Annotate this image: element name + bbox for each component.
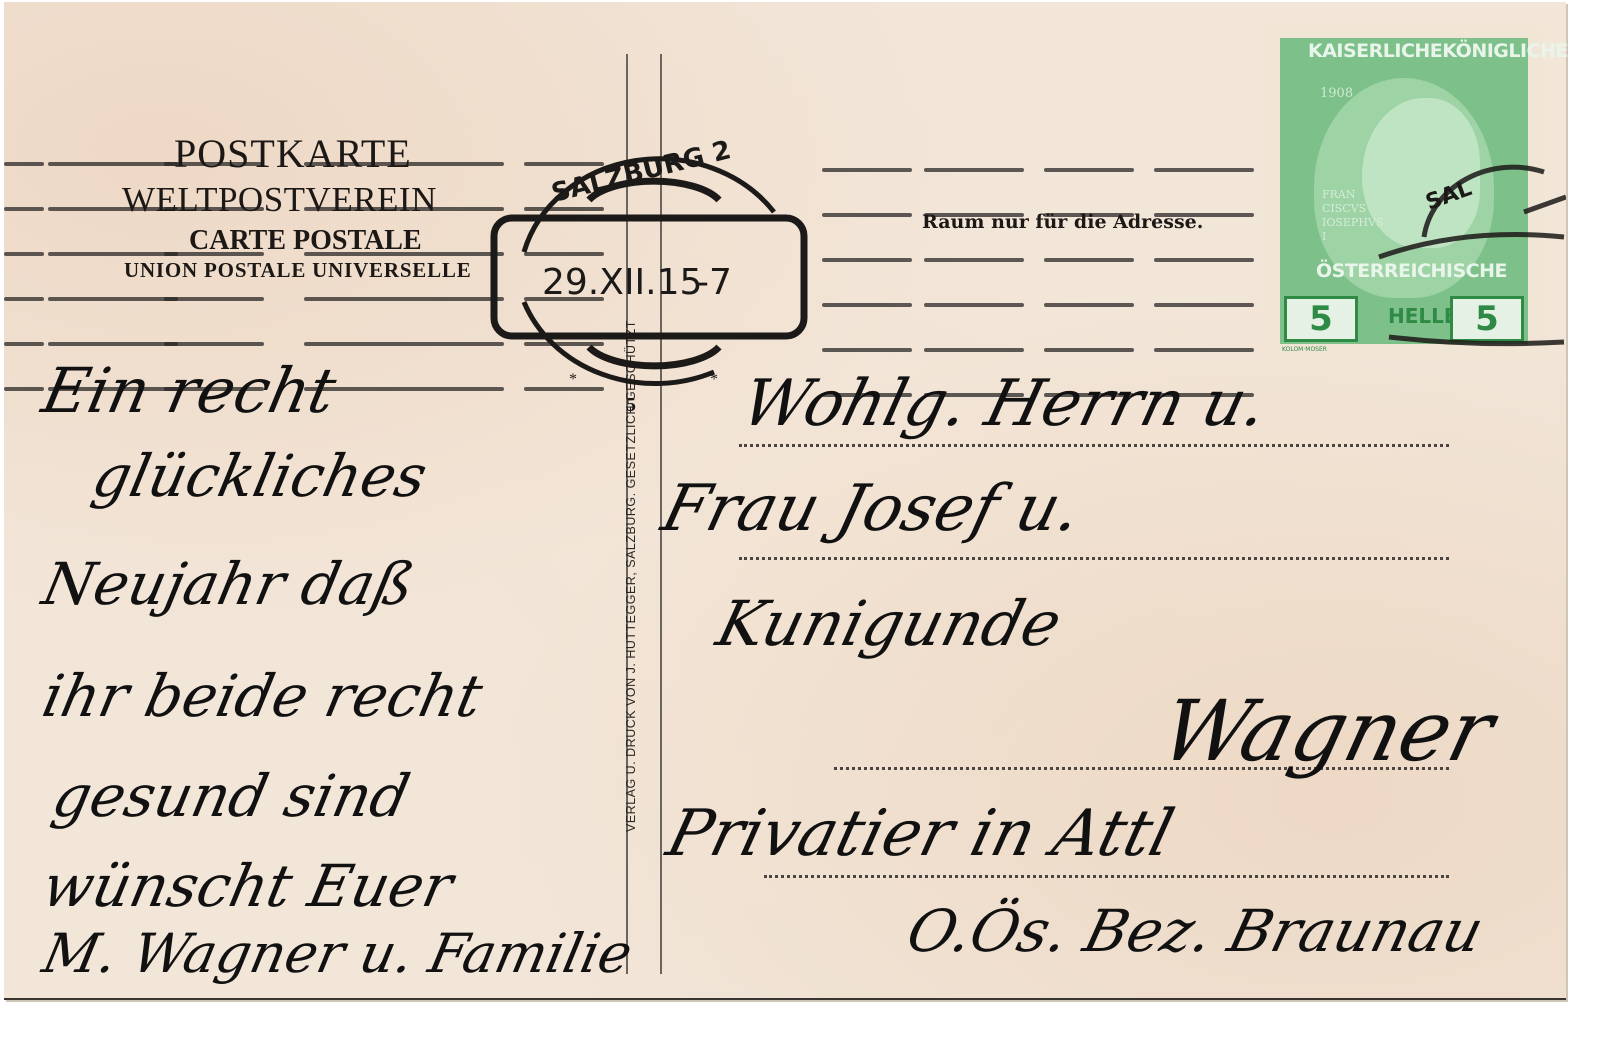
address-line-text: Wagner <box>1152 682 1503 780</box>
address-line-text: Frau Josef u. <box>655 472 1089 546</box>
postcard-back: POSTKARTE WELTPOSTVEREIN CARTE POSTALE U… <box>4 2 1566 1000</box>
message-line: glückliches <box>87 442 433 510</box>
message-line: M. Wagner u. Familie <box>37 922 637 985</box>
svg-text:*: * <box>710 371 718 388</box>
svg-text:*: * <box>569 371 577 388</box>
svg-text:SAL: SAL <box>1423 176 1476 216</box>
message-line: Ein recht <box>36 354 342 427</box>
address-line-text: Kunigunde <box>710 587 1069 660</box>
message-line: gesund sind <box>47 762 416 830</box>
message-line: ihr beide recht <box>37 662 489 730</box>
postmark-date: 29.XII.15 <box>542 262 702 303</box>
message-line: wünscht Euer <box>37 852 459 920</box>
address-line-text: O.Ös. Bez. Braunau <box>901 897 1491 965</box>
address-line-text: Privatier in Attl <box>660 797 1181 871</box>
address-line-text: Wohlg. Herrn u. <box>735 367 1275 441</box>
postmark-town: SALZBURG 2 <box>548 135 734 209</box>
postmark-time: -7 <box>696 262 732 303</box>
message-line: Neujahr daß <box>37 550 420 618</box>
